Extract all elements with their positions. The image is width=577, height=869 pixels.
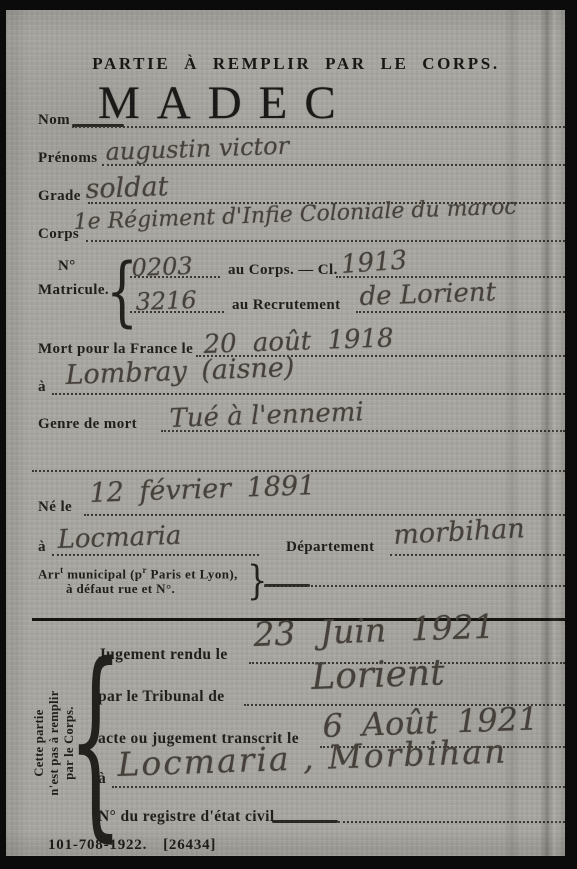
matricule-label-line1: N° (58, 259, 76, 274)
arr-text-part: municipal (p (64, 566, 143, 581)
tribunal-handwritten-value: Lorient (311, 655, 445, 696)
departement-handwritten-value: morbihan (393, 515, 526, 549)
matricule-classe-handwritten-value: 1913 (340, 247, 408, 278)
arr-municipal-label-line2: à défaut rue et N°. (66, 582, 175, 595)
mort-handwritten-value: 20 août 1918 (203, 325, 394, 358)
arr-dotted-line (264, 585, 565, 587)
registre-dotted-line (338, 821, 565, 823)
prenoms-label: Prénoms (38, 151, 97, 166)
jugement-label: Jugement rendu le (98, 647, 228, 663)
ne-handwritten-value: 12 février 1891 (89, 472, 316, 507)
arr-municipal-brace: } (247, 561, 267, 601)
jugement-handwritten-value: 23 Juin 1921 (253, 610, 495, 651)
mort-lieu-dotted-line (52, 393, 565, 395)
arr-municipal-label-line1: Arrt municipal (pr Paris et Lyon), (38, 566, 238, 580)
ne-lieu-label: à (38, 540, 46, 555)
matricule-recrutement-handwritten-value: 3216 (135, 288, 197, 314)
mort-lieu-handwritten-value: Lombray (aisne) (65, 354, 295, 389)
nom-handwritten-value: MADEC (98, 80, 353, 127)
tribunal-label: par le Tribunal de (98, 689, 225, 705)
side-note-line: n'est pas à remplir (47, 648, 62, 838)
matricule-corps-mid-label: au Corps. — Cl. (228, 263, 338, 278)
grade-handwritten-value: soldat (85, 173, 169, 203)
matricule-recrutement-place-dotted-line (356, 311, 565, 313)
ne-label: Né le (38, 500, 72, 515)
departement-label: Département (286, 540, 375, 555)
departement-dotted-line (390, 554, 565, 556)
grade-label: Grade (38, 189, 81, 204)
matricule-recrutement-place-handwritten-value: de Lorient (359, 279, 496, 310)
ne-lieu-handwritten-value: Locmaria (57, 523, 182, 553)
mort-lieu-label: à (38, 380, 46, 395)
registre-label: N° du registre d'état civil (98, 809, 275, 825)
matricule-corps-handwritten-value: 0203 (131, 254, 193, 280)
corps-dotted-line (86, 240, 565, 242)
arr-text-part: Paris et Lyon), (147, 566, 238, 581)
record-card: PARTIE À REMPLIR PAR LE CORPS. Nom MADEC… (6, 10, 565, 856)
form-title: PARTIE À REMPLIR PAR LE CORPS. (36, 54, 556, 74)
transcrit-lieu-label: à (98, 771, 106, 787)
prenoms-handwritten-value: augustin victor (105, 134, 289, 164)
reference-number: [26434] (163, 837, 216, 853)
scanned-military-death-record: { "document": { "title": "PARTIE À REMPL… (0, 0, 577, 869)
matricule-recrutement-mid-label: au Recrutement (232, 298, 340, 313)
genre-mort-label: Genre de mort (38, 417, 137, 432)
mort-label: Mort pour la France le (38, 342, 193, 357)
registre-solid-segment (272, 820, 338, 823)
arr-text-part: Arr (38, 566, 60, 581)
transcrit-lieu-dotted-line (112, 786, 565, 788)
genre-mort-handwritten-value: Tué à l'ennemi (169, 399, 364, 432)
nom-label: Nom (38, 113, 70, 128)
matricule-label-line2: Matricule. (38, 283, 109, 298)
imprint-number: 101-708-1922. (48, 837, 147, 853)
footer-imprint: 101-708-1922.[26434] (48, 837, 216, 854)
side-note-line: Cette partie (32, 648, 47, 838)
prenoms-dotted-line (102, 164, 565, 166)
ne-lieu-dotted-line (52, 554, 259, 556)
